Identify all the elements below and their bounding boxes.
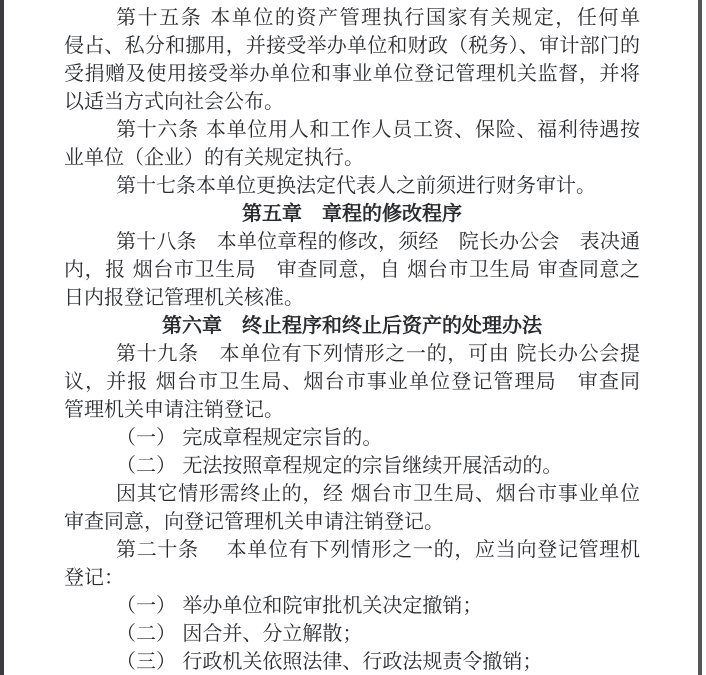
text-line: 议，并报 烟台市卫生局、烟台市事业单位登记管理局 审查同意，向登记 <box>64 367 640 395</box>
page-edge-right <box>698 0 702 675</box>
text-line: 侵占、私分和挪用，并接受举办单位和财政（税务）、审计部门的监督。接 <box>64 31 640 59</box>
section-heading: 第六章 终止程序和终止后资产的处理办法 <box>64 311 640 339</box>
document-page: 第十五条 本单位的资产管理执行国家有关规定，任何单位、个人不得侵占、私分和挪用，… <box>64 3 640 675</box>
text-line: 第十七条本单位更换法定代表人之前须进行财务审计。 <box>64 171 640 199</box>
text-line: 以适当方式向社会公布。 <box>64 87 640 115</box>
text-line: 管理机关申请注销登记。 <box>64 395 640 423</box>
text-line: （三） 行政机关依照法律、行政法规责令撤销； <box>64 647 640 675</box>
text-line: 受捐赠及使用接受举办单位和事业单位登记管理机关监督，并将有关情况 <box>64 59 640 87</box>
text-line: （二） 无法按照章程规定的宗旨继续开展活动的。 <box>64 451 640 479</box>
text-line: 第十九条 本单位有下列情形之一的，可由 院长办公会提出终止动 <box>64 339 640 367</box>
text-line: 第十六条 本单位用人和工作人员工资、保险、福利待遇按照国家对事 <box>64 115 640 143</box>
text-line: （二） 因合并、分立解散； <box>64 619 640 647</box>
text-line: （一） 完成章程规定宗旨的。 <box>64 423 640 451</box>
text-line: 第十八条 本单位章程的修改，须经 院长办公会 表决通过后 15 日 <box>64 227 640 255</box>
page-edge-left <box>0 0 4 675</box>
text-line: 因其它情形需终止的，经 烟台市卫生局、烟台市事业单位登记管理局 <box>64 479 640 507</box>
text-line: 日内报登记管理机关核准。 <box>64 283 640 311</box>
text-line: 审查同意，向登记管理机关申请注销登记。 <box>64 507 640 535</box>
text-line: 登记： <box>64 563 640 591</box>
text-line: 业单位（企业）的有关规定执行。 <box>64 143 640 171</box>
text-line: 第二十条 本单位有下列情形之一的，应当向登记管理机关申请注销 <box>64 535 640 563</box>
text-line: 第十五条 本单位的资产管理执行国家有关规定，任何单位、个人不得 <box>64 3 640 31</box>
text-line: （一） 举办单位和院审批机关决定撤销； <box>64 591 640 619</box>
text-line: 内，报 烟台市卫生局 审查同意，自 烟台市卫生局 审查同意之日起 30 <box>64 255 640 283</box>
section-heading: 第五章 章程的修改程序 <box>64 199 640 227</box>
